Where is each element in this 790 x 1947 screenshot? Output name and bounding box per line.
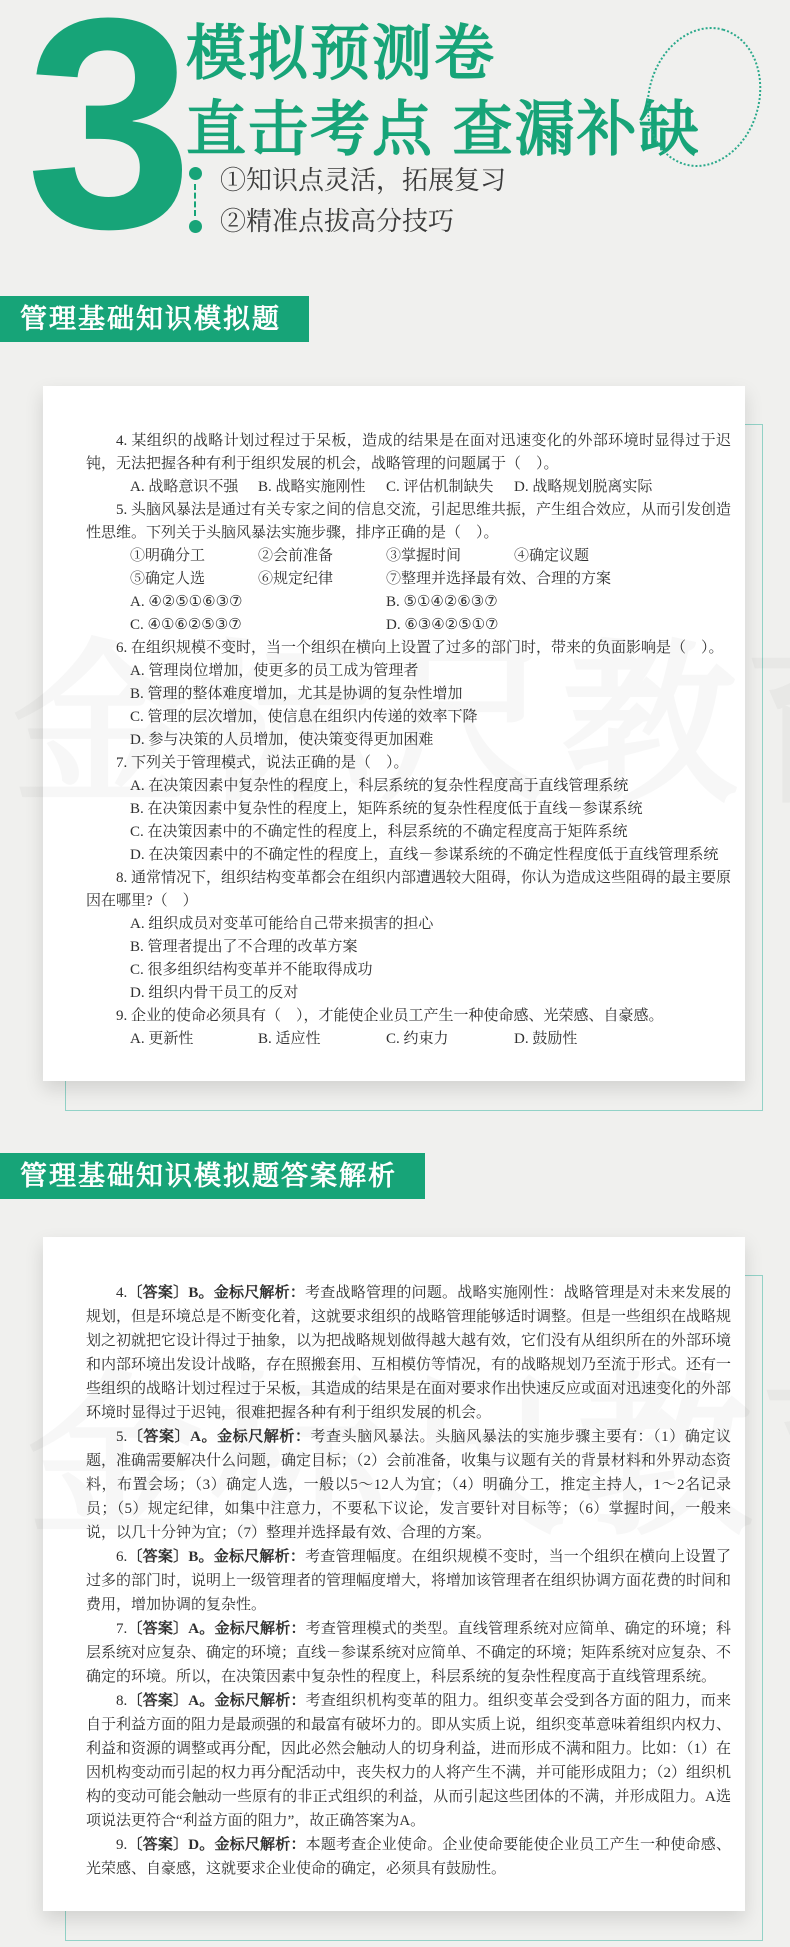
hero-title-line1: 模拟预测卷: [186, 20, 701, 88]
chapter-number: 3: [26, 2, 187, 245]
answer-verdict: 〔答案〕A。: [127, 1621, 214, 1637]
answer-9: 9.〔答案〕D。金标尺解析：本题考查企业使命。企业使命要能使企业员工产生一种使命…: [86, 1833, 731, 1881]
question-7-text: 7. 下列关于管理模式，说法正确的是（ ）。: [86, 752, 731, 775]
question-4-text: 4. 某组织的战略计划过程过于呆板，造成的结果是在面对迅速变化的外部环境时显得过…: [86, 430, 731, 476]
question-5-items-row2: ⑤确定人选 ⑥规定纪律 ⑦整理并选择最有效、合理的方案: [86, 568, 731, 591]
option: A. 管理岗位增加，使更多的员工成为管理者: [86, 660, 731, 683]
bullet-connector-decoration: [188, 160, 202, 242]
hero-bullet-2: ②精准点拔高分技巧: [220, 201, 506, 242]
question-9-options: A. 更新性 B. 适应性 C. 约束力 D. 鼓励性: [86, 1028, 731, 1051]
option: B. 适应性: [258, 1028, 386, 1051]
questions-card-wrap: 金标尺教育 4. 某组织的战略计划过程过于呆板，造成的结果是在面对迅速变化的外部…: [43, 386, 745, 1081]
answer-8: 8.〔答案〕A。金标尺解析：考查组织机构变革的阻力。组织变革会受到各方面的阻力，…: [86, 1689, 731, 1833]
list-item: ⑥规定纪律: [258, 568, 386, 591]
option: C. ④①⑥②⑤③⑦: [130, 614, 386, 637]
question-5-text: 5. 头脑风暴法是通过有关专家之间的信息交流，引起思维共振，产生组合效应，从而引…: [86, 499, 731, 545]
answer-number: 5.: [116, 1429, 127, 1445]
analysis-label: 金标尺解析：: [217, 1429, 310, 1445]
option: B. ⑤①④②⑥③⑦: [386, 591, 498, 614]
list-item: ③掌握时间: [386, 545, 514, 568]
analysis-text: 考查战略管理的问题。战略实施刚性：战略管理是对未来发展的规划，但是环境总是不断变…: [86, 1285, 731, 1421]
option: D. 战略规划脱离实际: [514, 476, 652, 499]
answer-verdict: 〔答案〕A。: [127, 1693, 214, 1709]
analysis-label: 金标尺解析：: [214, 1621, 305, 1637]
analysis-text: 考查组织机构变革的阻力。组织变革会受到各方面的阻力，而来自于利益方面的阻力是最顽…: [86, 1693, 731, 1829]
answer-5: 5.〔答案〕A。金标尺解析：考查头脑风暴法。头脑风暴法的实施步骤主要有：（1）确…: [86, 1425, 731, 1545]
bullet-dot-icon: [189, 167, 202, 180]
option: D. 在决策因素中的不确定性的程度上，直线－参谋系统的不确定性程度低于直线管理系…: [86, 844, 731, 867]
list-item: ④确定议题: [514, 545, 589, 568]
option: B. 管理的整体难度增加，尤其是协调的复杂性增加: [86, 683, 731, 706]
answer-number: 8.: [116, 1693, 127, 1709]
hero-bullet-1: ①知识点灵活，拓展复习: [220, 160, 506, 201]
answer-6: 6.〔答案〕B。金标尺解析：考查管理幅度。在组织规模不变时，当一个组织在横向上设…: [86, 1545, 731, 1617]
answer-4: 4.〔答案〕B。金标尺解析：考查战略管理的问题。战略实施刚性：战略管理是对未来发…: [86, 1281, 731, 1425]
analysis-label: 金标尺解析：: [214, 1549, 305, 1565]
question-4-options: A. 战略意识不强 B. 战略实施刚性 C. 评估机制缺失 D. 战略规划脱离实…: [86, 476, 731, 499]
question-8-text: 8. 通常情况下，组织结构变革都会在组织内部遭遇较大阻碍，你认为造成这些阻碍的最…: [86, 867, 731, 913]
list-item: ⑤确定人选: [130, 568, 258, 591]
hero-bullets: ①知识点灵活，拓展复习 ②精准点拔高分技巧: [188, 160, 506, 242]
option: D. 参与决策的人员增加，使决策变得更加困难: [86, 729, 731, 752]
answer-verdict: 〔答案〕A。: [127, 1429, 217, 1445]
option: C. 约束力: [386, 1028, 514, 1051]
option: D. 鼓励性: [514, 1028, 577, 1051]
option: B. 管理者提出了不合理的改革方案: [86, 936, 731, 959]
option: A. 组织成员对变革可能给自己带来损害的担心: [86, 913, 731, 936]
analysis-label: 金标尺解析：: [214, 1285, 305, 1301]
answer-verdict: 〔答案〕B。: [127, 1285, 214, 1301]
answer-number: 6.: [116, 1549, 127, 1565]
question-6-text: 6. 在组织规模不变时，当一个组织在横向上设置了过多的部门时，带来的负面影响是（…: [86, 637, 731, 660]
bullet-dot-icon: [189, 220, 202, 233]
hero-bullet-texts: ①知识点灵活，拓展复习 ②精准点拔高分技巧: [220, 160, 506, 242]
option: A. ④②⑤①⑥③⑦: [130, 591, 386, 614]
questions-card: 金标尺教育 4. 某组织的战略计划过程过于呆板，造成的结果是在面对迅速变化的外部…: [43, 386, 745, 1081]
list-item: ②会前准备: [258, 545, 386, 568]
option: C. 很多组织结构变革并不能取得成功: [86, 959, 731, 982]
answer-number: 7.: [116, 1621, 127, 1637]
option: D. ⑥③④②⑤①⑦: [386, 614, 498, 637]
analysis-text: 考查头脑风暴法。头脑风暴法的实施步骤主要有：（1）确定议题，准确需要解决什么问题…: [86, 1429, 731, 1541]
option: B. 在决策因素中复杂性的程度上，矩阵系统的复杂性程度低于直线－参谋系统: [86, 798, 731, 821]
answers-card-wrap: 金标尺教育 4.〔答案〕B。金标尺解析：考查战略管理的问题。战略实施刚性：战略管…: [43, 1237, 745, 1911]
question-5-items-row1: ①明确分工 ②会前准备 ③掌握时间 ④确定议题: [86, 545, 731, 568]
option: A. 在决策因素中复杂性的程度上，科层系统的复杂性程度高于直线管理系统: [86, 775, 731, 798]
list-item: ⑦整理并选择最有效、合理的方案: [386, 568, 611, 591]
option: C. 在决策因素中的不确定性的程度上，科层系统的不确定程度高于矩阵系统: [86, 821, 731, 844]
hero-title-line2: 直击考点 查漏补缺: [186, 96, 701, 164]
question-9-text: 9. 企业的使命必须具有（ ），才能使企业员工产生一种使命感、光荣感、自豪感。: [86, 1005, 731, 1028]
question-5-options-row2: C. ④①⑥②⑤③⑦ D. ⑥③④②⑤①⑦: [86, 614, 731, 637]
question-5-options-row1: A. ④②⑤①⑥③⑦ B. ⑤①④②⑥③⑦: [86, 591, 731, 614]
option: C. 评估机制缺失: [386, 476, 514, 499]
section-label-answers: 管理基础知识模拟题答案解析: [0, 1153, 425, 1199]
option: A. 战略意识不强: [130, 476, 258, 499]
answer-7: 7.〔答案〕A。金标尺解析：考查管理模式的类型。直线管理系统对应简单、确定的环境…: [86, 1617, 731, 1689]
hero-titles: 模拟预测卷 直击考点 查漏补缺: [186, 20, 701, 164]
option: B. 战略实施刚性: [258, 476, 386, 499]
section-label-questions: 管理基础知识模拟题: [0, 296, 309, 342]
answer-number: 9.: [116, 1837, 127, 1853]
page: 3 模拟预测卷 直击考点 查漏补缺 ①知识点灵活，拓展复习 ②精准点拔高分技巧 …: [0, 0, 790, 1947]
option: A. 更新性: [130, 1028, 258, 1051]
answer-verdict: 〔答案〕D。: [127, 1837, 214, 1853]
answer-verdict: 〔答案〕B。: [127, 1549, 214, 1565]
option: C. 管理的层次增加，使信息在组织内传递的效率下降: [86, 706, 731, 729]
answer-number: 4.: [116, 1285, 127, 1301]
option: D. 组织内骨干员工的反对: [86, 982, 731, 1005]
hero-header: 3 模拟预测卷 直击考点 查漏补缺 ①知识点灵活，拓展复习 ②精准点拔高分技巧: [0, 0, 790, 252]
answers-card: 金标尺教育 4.〔答案〕B。金标尺解析：考查战略管理的问题。战略实施刚性：战略管…: [43, 1237, 745, 1911]
list-item: ①明确分工: [130, 545, 258, 568]
analysis-label: 金标尺解析：: [214, 1837, 305, 1853]
bullet-dashed-line: [194, 184, 196, 216]
analysis-label: 金标尺解析：: [214, 1693, 305, 1709]
